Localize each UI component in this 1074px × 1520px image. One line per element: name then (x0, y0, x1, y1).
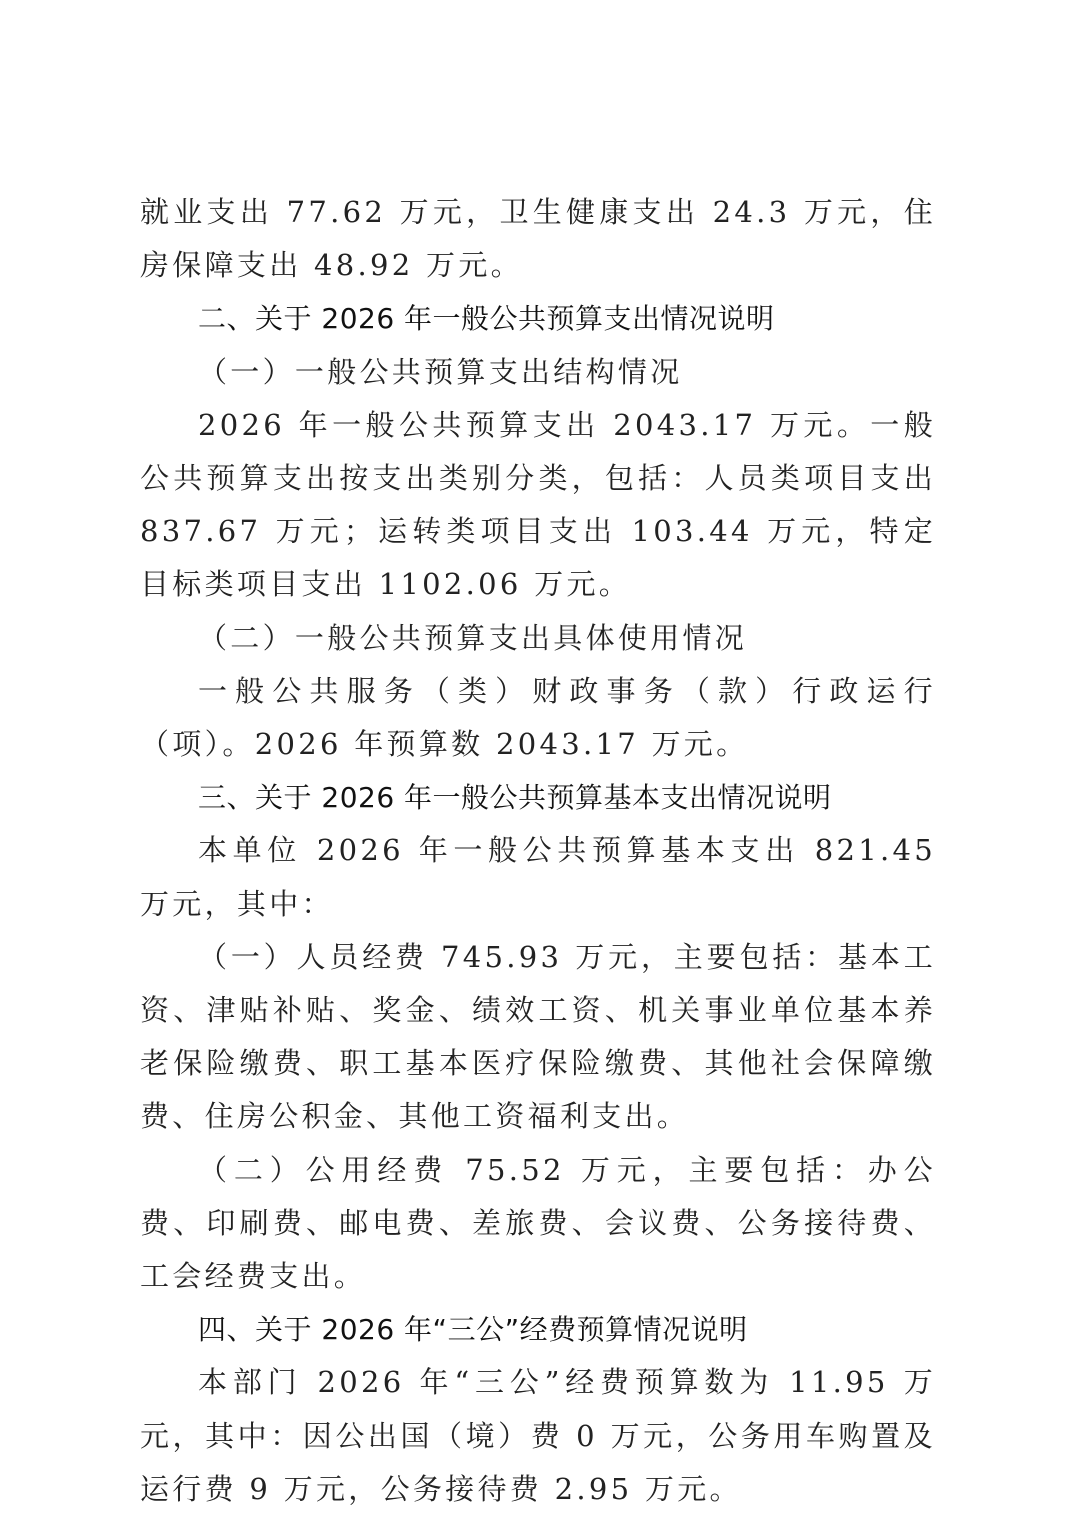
section-2-subheading-2: （二）一般公共预算支出具体使用情况 (140, 612, 936, 665)
section-3-public-expenses: （二）公用经费 75.52 万元，主要包括：办公费、印刷费、邮电费、差旅费、会议… (140, 1144, 936, 1304)
document-page: 就业支出 77.62 万元，卫生健康支出 24.3 万元，住房保障支出 48.9… (140, 186, 936, 1516)
section-4-paragraph: 本部门 2026 年“三公”经费预算数为 11.95 万元，其中：因公出国（境）… (140, 1356, 936, 1516)
section-3-heading: 三、关于 2026 年一般公共预算基本支出情况说明 (140, 771, 936, 824)
section-4-heading: 四、关于 2026 年“三公”经费预算情况说明 (140, 1303, 936, 1356)
section-2-paragraph-2: 一般公共服务（类）财政事务（款）行政运行（项）。2026 年预算数 2043.1… (140, 665, 936, 771)
section-2-heading: 二、关于 2026 年一般公共预算支出情况说明 (140, 292, 936, 345)
section-2-subheading-1: （一）一般公共预算支出结构情况 (140, 346, 936, 399)
continuation-paragraph: 就业支出 77.62 万元，卫生健康支出 24.3 万元，住房保障支出 48.9… (140, 186, 936, 292)
section-2-paragraph-1: 2026 年一般公共预算支出 2043.17 万元。一般公共预算支出按支出类别分… (140, 399, 936, 612)
section-3-intro: 本单位 2026 年一般公共预算基本支出 821.45 万元，其中： (140, 824, 936, 930)
section-3-personnel-expenses: （一）人员经费 745.93 万元，主要包括：基本工资、津贴补贴、奖金、绩效工资… (140, 931, 936, 1144)
